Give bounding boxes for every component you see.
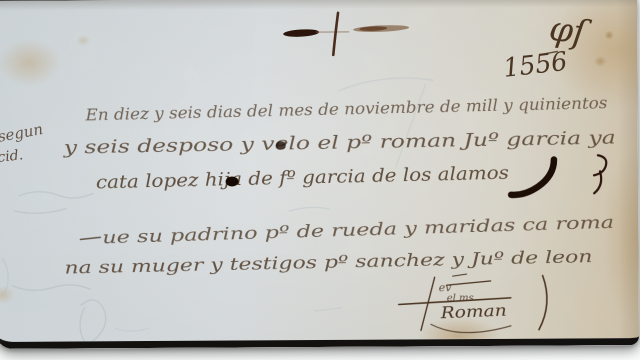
signature-name: Roman: [439, 301, 507, 323]
ink-blot: [226, 176, 239, 186]
cross-bar-line: [316, 31, 349, 32]
margin-note-line: cid.: [0, 147, 24, 166]
manuscript-photo: φſ 1556 segun cid. En diez y seis dias d…: [0, 0, 639, 349]
manuscript-photo-stage: φſ 1556 segun cid. En diez y seis dias d…: [0, 0, 640, 360]
manuscript-scene: φſ 1556 segun cid. En diez y seis dias d…: [0, 0, 639, 342]
ink-blot-small: [276, 141, 286, 149]
